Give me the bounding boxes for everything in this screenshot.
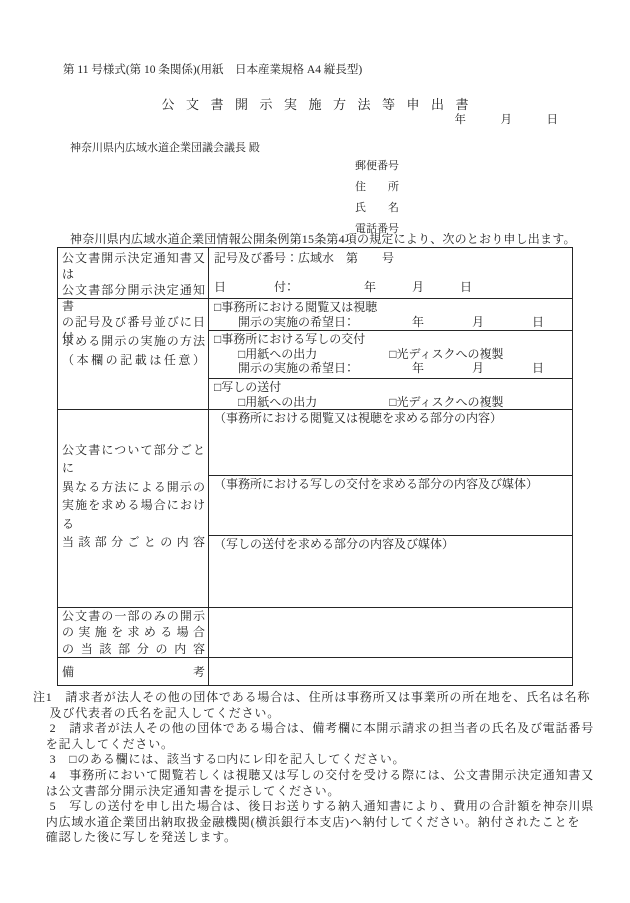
disclosure-form-table: 公文書開示決定通知書又は公文書部分開示決定通知書の記号及び番号並びに日付 記号及… <box>57 247 573 686</box>
disclosure-method-label: 求める開示の実施の方法（本欄の記載は任意） <box>58 299 209 409</box>
header-date-line: 年 月 日 <box>455 111 559 127</box>
symbol-number-line: 記号及び番号：広域水 第 号 <box>214 251 568 265</box>
form-page: 第 11 号様式(第 10 条関係)(用紙 日本産業規格 A4 縦長型) 公文書… <box>0 0 630 903</box>
section-view-content-caption: （事務所における閲覧又は視聴を求める部分の内容） <box>214 411 568 426</box>
per-part-method-sections: （事務所における閲覧又は視聴を求める部分の内容） （事務所における写しの交付を求… <box>209 410 572 607</box>
addressee-line: 神奈川県内広域水道企業団議会議長 殿 <box>70 139 260 155</box>
option-copy-at-office: □事務所における写しの交付 □用紙への出力 □光ディスクへの複製 開示の実施の希… <box>209 330 572 378</box>
remarks-label: 備考 <box>58 658 209 685</box>
table-row-per-part-method: 公文書について部分ごとに異なる方法による開示の実施を求める場合における当該部分ご… <box>58 409 572 607</box>
remarks-cell <box>209 658 572 685</box>
disclosure-method-options: □事務所における閲覧又は視聴 開示の実施の希望日： 年 月 日 □事務所における… <box>209 299 572 409</box>
table-row-disclosure-method: 求める開示の実施の方法（本欄の記載は任意） □事務所における閲覧又は視聴 開示の… <box>58 298 572 409</box>
notice-reference-label: 公文書開示決定通知書又は公文書部分開示決定通知書の記号及び番号並びに日付 <box>58 248 209 298</box>
partial-disclosure-cell <box>209 608 572 657</box>
per-part-method-label: 公文書について部分ごとに異なる方法による開示の実施を求める場合における当該部分ご… <box>58 410 209 607</box>
section-mail-content: （写しの送付を求める部分の内容及び媒体） <box>209 535 572 607</box>
intro-sentence: 神奈川県内広域水道企業団情報公開条例第15条第4項の規定により、次のとおり申し出… <box>70 230 576 247</box>
notice-reference-cell: 記号及び番号：広域水 第 号 日 付： 年 月 日 <box>209 248 572 298</box>
notice-date-line: 日 付： 年 月 日 <box>214 280 568 294</box>
table-row-remarks: 備考 <box>58 657 572 685</box>
form-id: 第 11 号様式(第 10 条関係)(用紙 日本産業規格 A4 縦長型) <box>63 61 362 77</box>
section-copy-content: （事務所における写しの交付を求める部分の内容及び媒体） <box>209 475 572 535</box>
option-view-at-office: □事務所における閲覧又は視聴 開示の実施の希望日： 年 月 日 <box>209 299 572 330</box>
section-copy-content-caption: （事務所における写しの交付を求める部分の内容及び媒体） <box>214 477 568 492</box>
section-mail-content-caption: （写しの送付を求める部分の内容及び媒体） <box>214 537 568 552</box>
footnotes-block: 注1 請求者が法人その他の団体である場合は、住所は事務所又は事業所の所在地を、氏… <box>33 690 608 846</box>
partial-disclosure-label: 公文書の一部のみの開示の実施を求める場合の当該部分の内容 <box>58 608 209 657</box>
table-row-partial-disclosure: 公文書の一部のみの開示の実施を求める場合の当該部分の内容 <box>58 607 572 657</box>
table-row-notice-reference: 公文書開示決定通知書又は公文書部分開示決定通知書の記号及び番号並びに日付 記号及… <box>58 248 572 298</box>
section-view-content: （事務所における閲覧又は視聴を求める部分の内容） <box>209 410 572 475</box>
applicant-contact-block: 郵便番号住 所氏 名電話番号 <box>355 156 399 240</box>
option-copy-by-mail: □写しの送付 □用紙への出力 □光ディスクへの複製 <box>209 378 572 409</box>
